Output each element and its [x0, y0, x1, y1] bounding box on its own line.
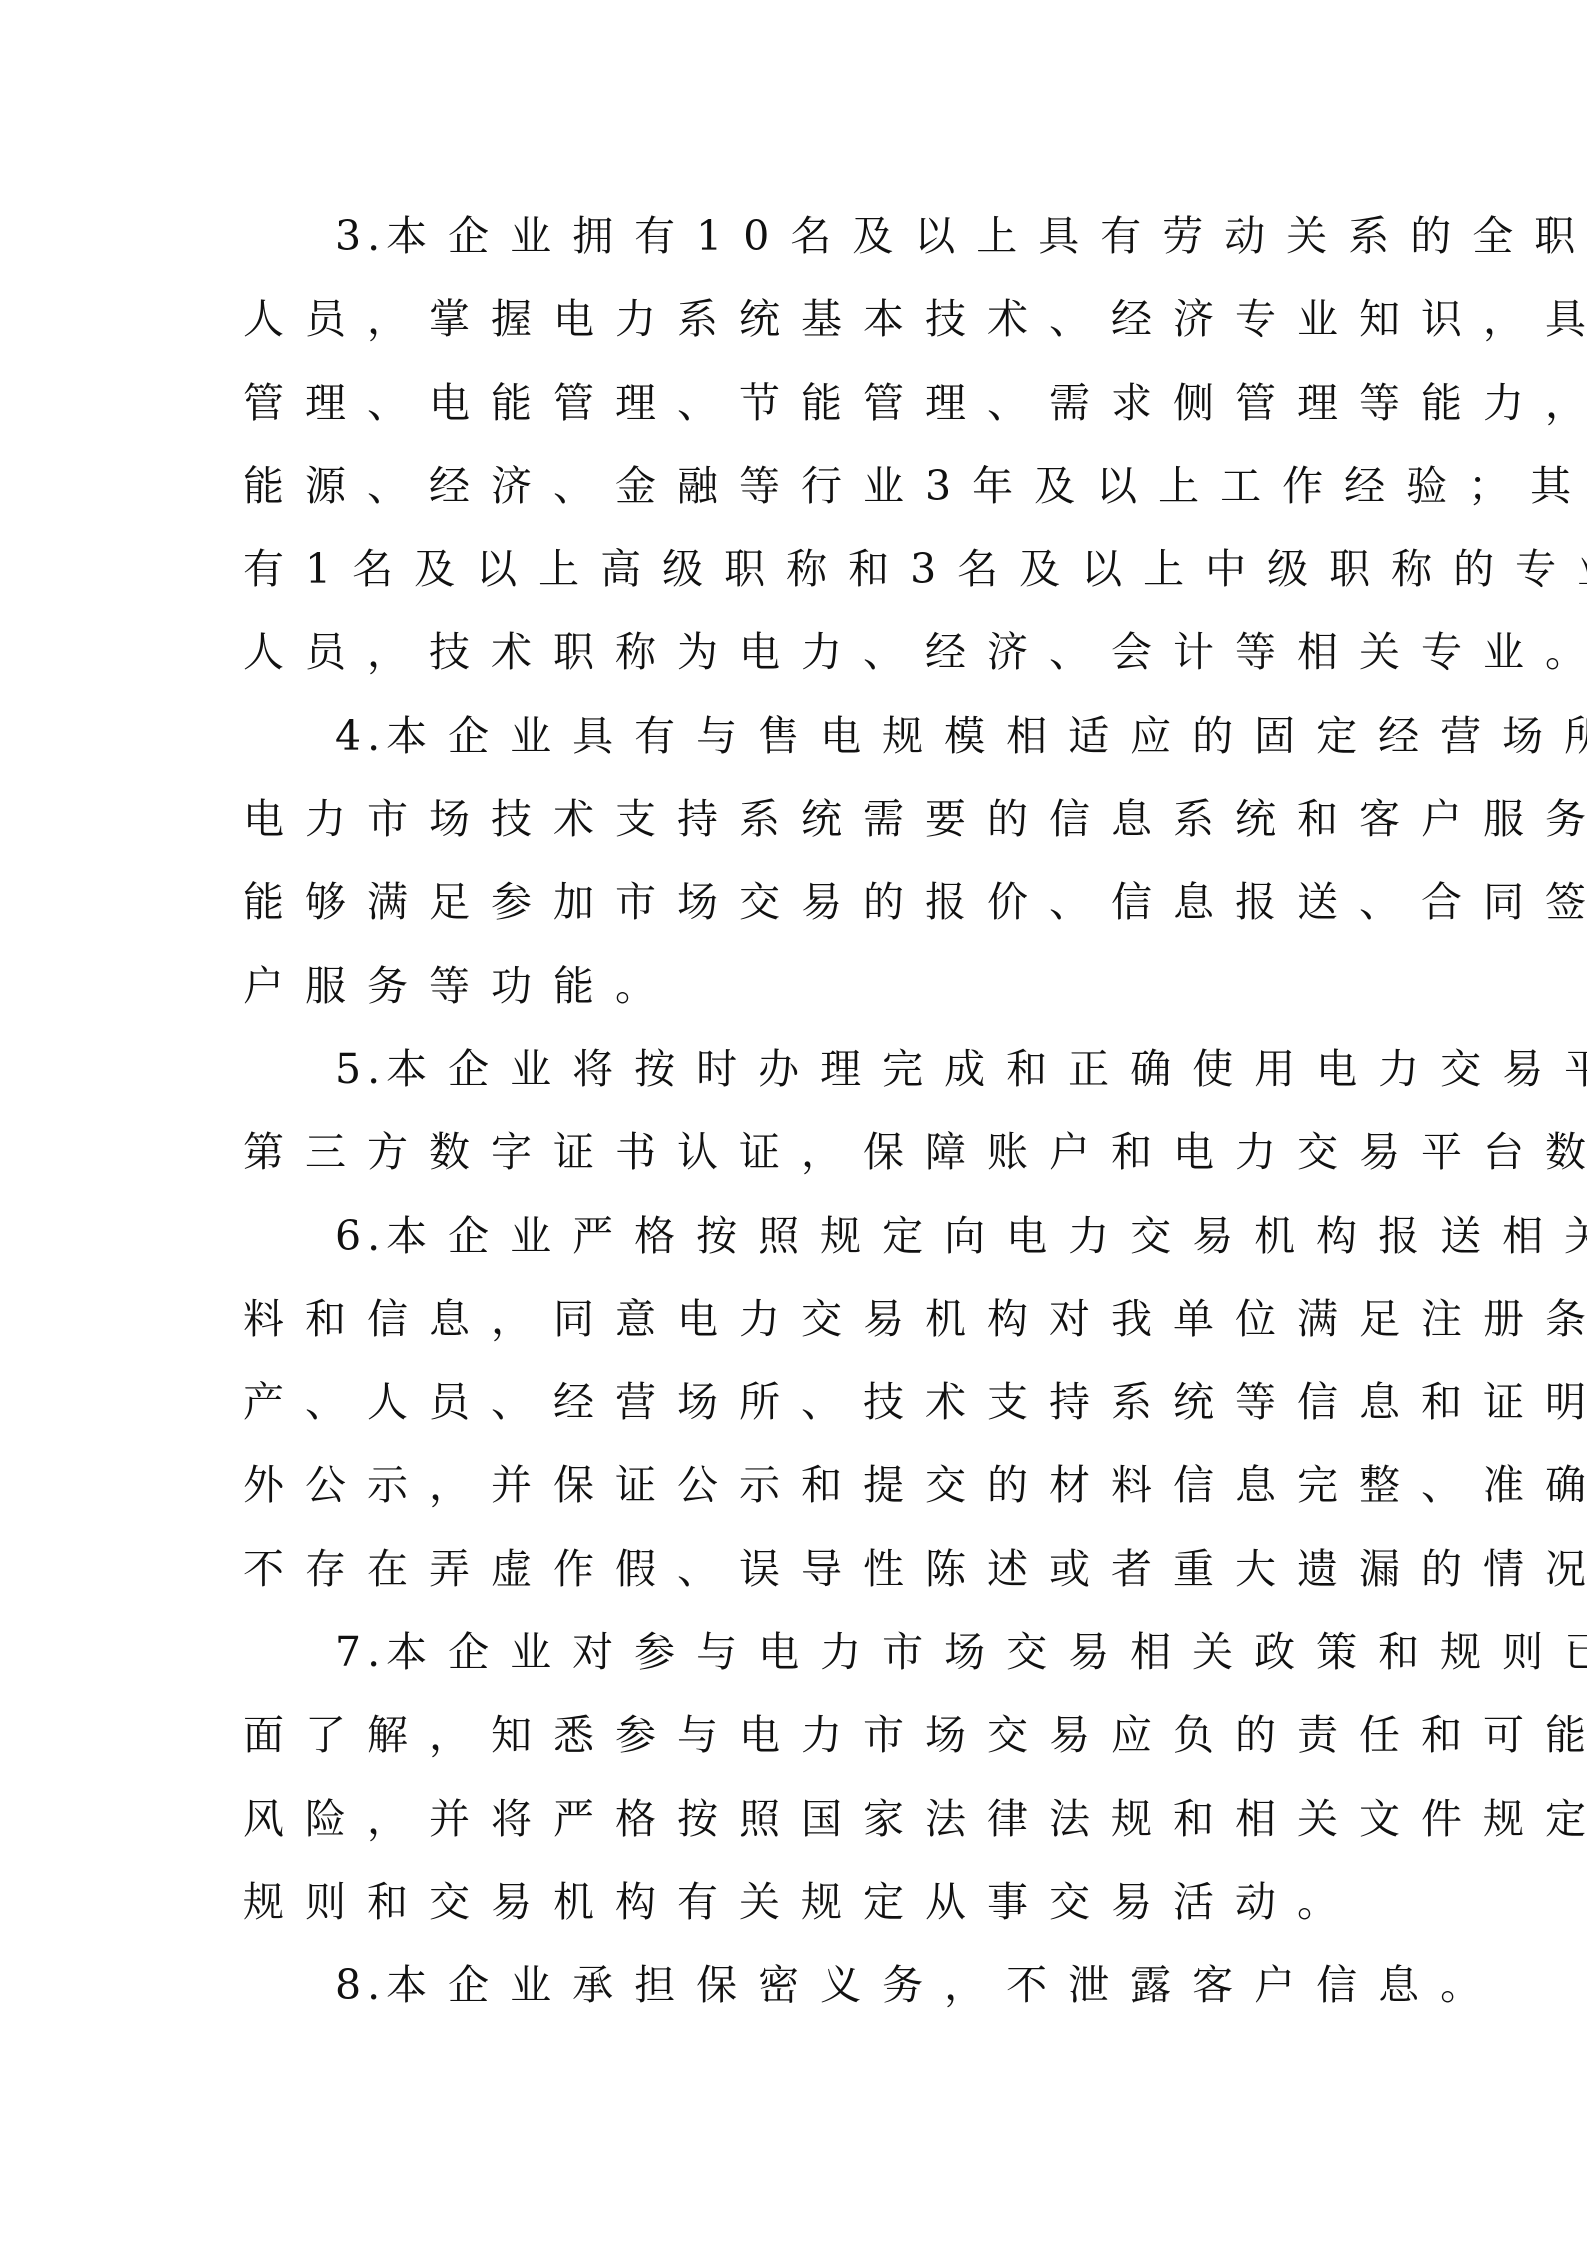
- paragraph-5: 5.本企业将按时办理完成和正确使用电力交易平台 第三方数字证书认证，保障账户和电…: [243, 1028, 1323, 1195]
- paragraph-line: 人员，掌握电力系统基本技术、经济专业知识，具备风险: [243, 278, 1323, 361]
- paragraph-line: 第三方数字证书认证，保障账户和电力交易平台数据安全。: [243, 1111, 1323, 1194]
- paragraph-number: 4.: [335, 712, 386, 760]
- paragraph-number: 8.: [335, 1961, 386, 2009]
- paragraph-8: 8.本企业承担保密义务，不泄露客户信息。: [243, 1944, 1323, 2027]
- document-body: 3.本企业拥有10名及以上具有劳动关系的全职专业 人员，掌握电力系统基本技术、经…: [243, 195, 1323, 2028]
- paragraph-line: 料和信息，同意电力交易机构对我单位满足注册条件的资: [243, 1278, 1323, 1361]
- paragraph-number: 6.: [335, 1212, 386, 1260]
- paragraph-4: 4.本企业具有与售电规模相适应的固定经营场所及 电力市场技术支持系统需要的信息系…: [243, 695, 1323, 1028]
- document-page: 3.本企业拥有10名及以上具有劳动关系的全职专业 人员，掌握电力系统基本技术、经…: [0, 0, 1587, 2245]
- paragraph-line: 有1名及以上高级职称和3名及以上中级职称的专业管理: [243, 528, 1323, 611]
- paragraph-line: 5.本企业将按时办理完成和正确使用电力交易平台: [243, 1028, 1323, 1111]
- paragraph-line: 规则和交易机构有关规定从事交易活动。: [243, 1861, 1323, 1944]
- paragraph-line: 风险，并将严格按照国家法律法规和相关文件规定、市场: [243, 1778, 1323, 1861]
- paragraph-number: 5.: [335, 1045, 386, 1093]
- paragraph-number: 7.: [335, 1628, 386, 1676]
- paragraph-3: 3.本企业拥有10名及以上具有劳动关系的全职专业 人员，掌握电力系统基本技术、经…: [243, 195, 1323, 695]
- paragraph-line: 产、人员、经营场所、技术支持系统等信息和证明材料对: [243, 1361, 1323, 1444]
- paragraph-line: 8.本企业承担保密义务，不泄露客户信息。: [243, 1944, 1323, 2027]
- paragraph-line: 不存在弄虚作假、误导性陈述或者重大遗漏的情况。: [243, 1528, 1323, 1611]
- paragraph-line: 外公示，并保证公示和提交的材料信息完整、准确、真实，: [243, 1444, 1323, 1527]
- paragraph-7: 7.本企业对参与电力市场交易相关政策和规则已全 面了解，知悉参与电力市场交易应负…: [243, 1611, 1323, 1944]
- paragraph-line: 3.本企业拥有10名及以上具有劳动关系的全职专业: [243, 195, 1323, 278]
- paragraph-line: 能够满足参加市场交易的报价、信息报送、合同签订、客: [243, 861, 1323, 944]
- paragraph-6: 6.本企业严格按照规定向电力交易机构报送相关资 料和信息，同意电力交易机构对我单…: [243, 1195, 1323, 1611]
- paragraph-line: 电力市场技术支持系统需要的信息系统和客户服务平台，: [243, 778, 1323, 861]
- paragraph-line: 7.本企业对参与电力市场交易相关政策和规则已全: [243, 1611, 1323, 1694]
- paragraph-line: 4.本企业具有与售电规模相适应的固定经营场所及: [243, 695, 1323, 778]
- paragraph-line: 户服务等功能。: [243, 945, 1323, 1028]
- paragraph-line: 人员，技术职称为电力、经济、会计等相关专业。: [243, 611, 1323, 694]
- paragraph-line: 管理、电能管理、节能管理、需求侧管理等能力，有电力、: [243, 362, 1323, 445]
- paragraph-line: 能源、经济、金融等行业3年及以上工作经验；其中，拥: [243, 445, 1323, 528]
- paragraph-line: 6.本企业严格按照规定向电力交易机构报送相关资: [243, 1195, 1323, 1278]
- paragraph-number: 3.: [335, 212, 386, 260]
- paragraph-line: 面了解，知悉参与电力市场交易应负的责任和可能发生的: [243, 1694, 1323, 1777]
